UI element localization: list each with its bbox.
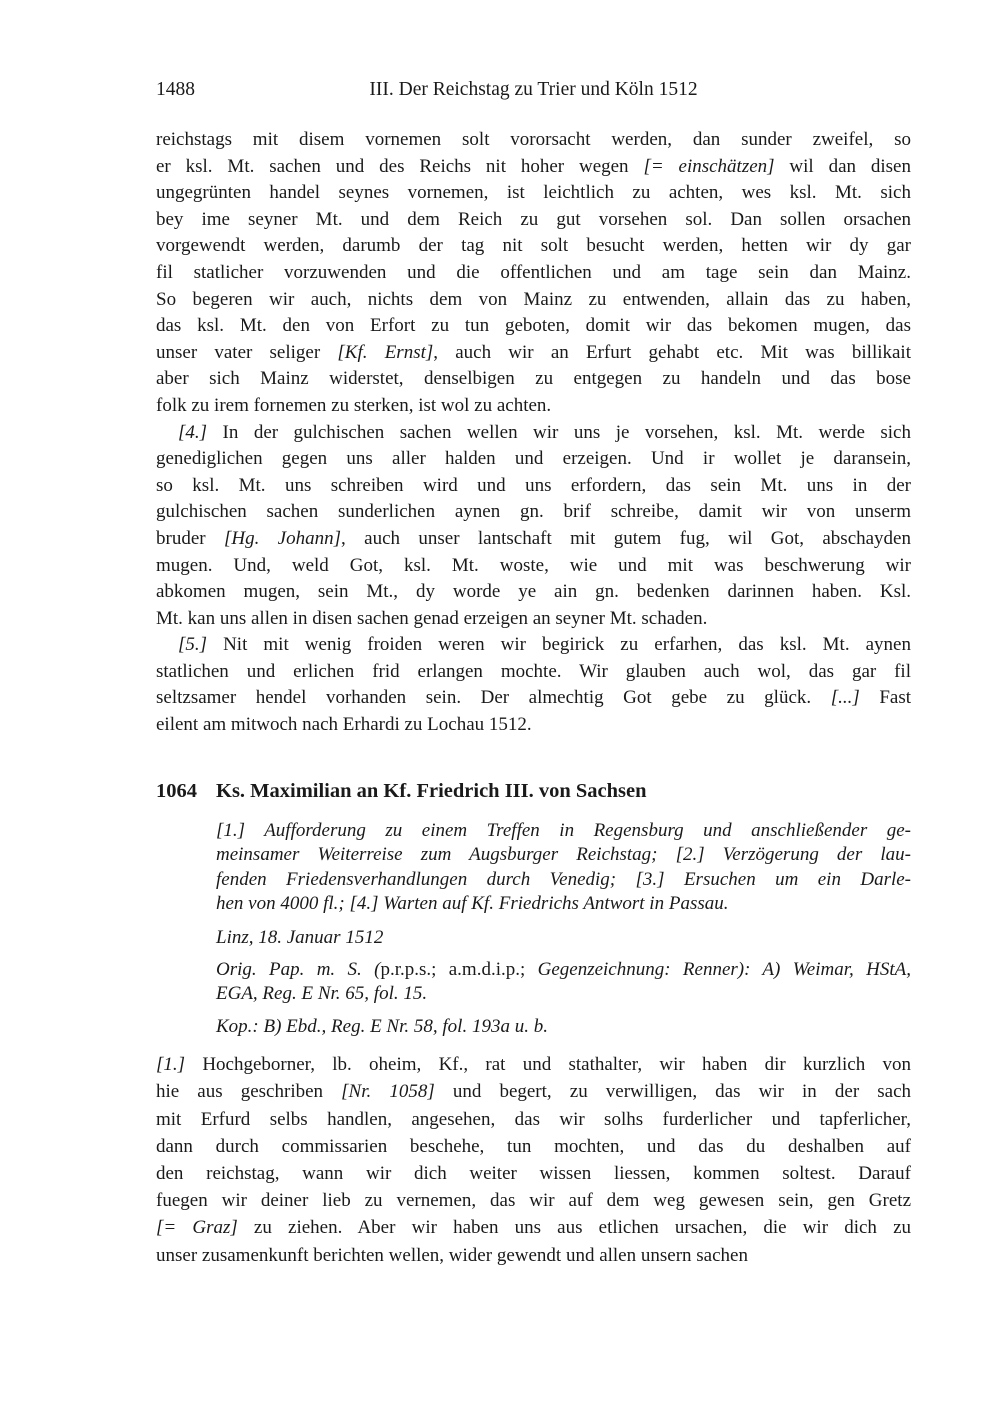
- text-line: unser vater seliger [Kf. Ernst], auch wi…: [156, 340, 911, 367]
- text-line: Kop.: B) Ebd., Reg. E Nr. 58, fol. 193a …: [216, 1015, 911, 1040]
- entry-number: 1064: [156, 778, 216, 805]
- text-line: EGA, Reg. E Nr. 65, fol. 15.: [216, 982, 911, 1007]
- text-line: [1.] Aufforderung zu einem Treffen in Re…: [216, 819, 911, 844]
- text-segment: und begert, zu verwilligen, das wir in d…: [435, 1081, 911, 1102]
- text-segment: gulchischen sachen sunderlichen aynen gn…: [156, 501, 911, 522]
- text-segment: Fast: [860, 687, 911, 708]
- italic-text: [...]: [831, 687, 860, 708]
- text-line: [= Graz] zu ziehen. Aber wir haben uns a…: [156, 1214, 911, 1241]
- text-line: unser zusamenkunft berichten wellen, wid…: [156, 1242, 911, 1269]
- text-segment: hie aus geschriben: [156, 1081, 341, 1102]
- text-segment: meinsamer Weiterreise zum Augsburger Rei…: [216, 844, 911, 865]
- text-segment: das ksl. Mt. den von Erfort zu tun gebot…: [156, 315, 911, 336]
- text-segment: eilent am mitwoch nach Erhardi zu Lochau…: [156, 714, 532, 735]
- text-segment: wil dan disen: [775, 156, 911, 177]
- text-line: So begeren wir auch, nichts dem von Main…: [156, 287, 911, 314]
- text-line: abkomen mugen, sein Mt., dy worde ye ain…: [156, 579, 911, 606]
- roman-text: p.r.p.s.; a.m.d.i.p.;: [380, 959, 525, 980]
- text-line: hie aus geschriben [Nr. 1058] und begert…: [156, 1078, 911, 1105]
- paragraph: Orig. Pap. m. S. (p.r.p.s.; a.m.d.i.p.; …: [216, 958, 911, 1007]
- text-segment: ungegrünten handel seynes vornemen, ist …: [156, 182, 911, 203]
- text-segment: bruder: [156, 528, 224, 549]
- paragraph: [1.] Hochgeborner, lb. oheim, Kf., rat u…: [156, 1051, 911, 1269]
- text-segment: vorgewendt werden, darumb der tag nit so…: [156, 235, 911, 256]
- text-line: folk zu irem fornemen zu sterken, ist wo…: [156, 393, 911, 420]
- entry-dateline: Linz, 18. Januar 1512: [216, 926, 911, 950]
- text-segment: Hochgeborner, lb. oheim, Kf., rat und st…: [185, 1054, 911, 1075]
- entry-title: Ks. Maximilian an Kf. Friedrich III. von…: [216, 778, 647, 805]
- text-segment: den reichstag, wann wir dich weiter wiss…: [156, 1163, 911, 1184]
- text-segment: zu ziehen. Aber wir haben uns aus etlich…: [238, 1217, 911, 1238]
- text-line: meinsamer Weiterreise zum Augsburger Rei…: [216, 843, 911, 868]
- entry-body: [1.] Hochgeborner, lb. oheim, Kf., rat u…: [156, 1051, 911, 1269]
- text-line: dann durch commissarien beschehe, tun mo…: [156, 1133, 911, 1160]
- text-segment: so ksl. Mt. uns schreiben wird und uns e…: [156, 475, 911, 496]
- text-line: [1.] Hochgeborner, lb. oheim, Kf., rat u…: [156, 1051, 911, 1078]
- text-line: Mt. kan uns allen in disen sachen genad …: [156, 606, 911, 633]
- italic-text: [= einschätzen]: [643, 156, 774, 177]
- text-line: fenden Friedensverhandlungen durch Vened…: [216, 868, 911, 893]
- text-segment: , auch unser lantschaft mit gutem fug, w…: [341, 528, 911, 549]
- text-segment: fenden Friedensverhandlungen durch Vened…: [216, 869, 911, 890]
- text-segment: fuegen wir deiner lieb zu vernemen, das …: [156, 1190, 911, 1211]
- text-line: fuegen wir deiner lieb zu vernemen, das …: [156, 1187, 911, 1214]
- text-segment: unser zusamenkunft berichten wellen, wid…: [156, 1245, 748, 1266]
- text-line: eilent am mitwoch nach Erhardi zu Lochau…: [156, 712, 911, 739]
- letter-continuation: reichstags mit disem vornemen solt voror…: [156, 127, 911, 739]
- text-line: den reichstag, wann wir dich weiter wiss…: [156, 1160, 911, 1187]
- text-line: genediglichen gegen uns aller halden und…: [156, 446, 911, 473]
- entry-source-orig: Orig. Pap. m. S. (p.r.p.s.; a.m.d.i.p.; …: [216, 958, 911, 1007]
- text-segment: [1.] Aufforderung zu einem Treffen in Re…: [216, 820, 911, 841]
- italic-text: [5.]: [178, 634, 207, 655]
- text-line: mugen. Und, weld Got, ksl. Mt. woste, wi…: [156, 553, 911, 580]
- text-line: gulchischen sachen sunderlichen aynen gn…: [156, 499, 911, 526]
- italic-text: [1.]: [156, 1054, 185, 1075]
- text-line: statlichen und erlichen frid erlangen mo…: [156, 659, 911, 686]
- text-segment: EGA, Reg. E Nr. 65, fol. 15.: [216, 983, 427, 1004]
- italic-text: [Kf. Ernst]: [337, 342, 433, 363]
- text-segment: unser vater seliger: [156, 342, 337, 363]
- text-segment: , auch wir an Erfurt gehabt etc. Mit was…: [433, 342, 911, 363]
- text-line: hen von 4000 fl.; [4.] Warten auf Kf. Fr…: [216, 892, 911, 917]
- text-line: er ksl. Mt. sachen und des Reichs nit ho…: [156, 154, 911, 181]
- text-segment: bey ime seyner Mt. und dem Reich zu gut …: [156, 209, 911, 230]
- text-segment: Nit mit wenig froiden weren wir begirick…: [207, 634, 911, 655]
- text-segment: Orig. Pap. m. S. (: [216, 959, 380, 980]
- text-segment: hen von 4000 fl.; [4.] Warten auf Kf. Fr…: [216, 893, 728, 914]
- text-line: so ksl. Mt. uns schreiben wird und uns e…: [156, 473, 911, 500]
- paragraph: [1.] Aufforderung zu einem Treffen in Re…: [216, 819, 911, 917]
- text-line: aber sich Mainz widerstet, denselbigen z…: [156, 366, 911, 393]
- italic-text: [Hg. Johann]: [224, 528, 341, 549]
- entry-regest: [1.] Aufforderung zu einem Treffen in Re…: [216, 819, 911, 917]
- text-line: bruder [Hg. Johann], auch unser lantscha…: [156, 526, 911, 553]
- text-line: das ksl. Mt. den von Erfort zu tun gebot…: [156, 313, 911, 340]
- text-line: ungegrünten handel seynes vornemen, ist …: [156, 180, 911, 207]
- paragraph: [5.] Nit mit wenig froiden weren wir beg…: [156, 632, 911, 738]
- text-line: mit Erfurd selbs handlen, angesehen, das…: [156, 1106, 911, 1133]
- italic-text: [= Graz]: [156, 1217, 238, 1238]
- text-line: fil statlicher vorzuwenden und die offen…: [156, 260, 911, 287]
- text-segment: dann durch commissarien beschehe, tun mo…: [156, 1136, 911, 1157]
- text-line: [5.] Nit mit wenig froiden weren wir beg…: [156, 632, 911, 659]
- text-line: reichstags mit disem vornemen solt voror…: [156, 127, 911, 154]
- text-segment: mugen. Und, weld Got, ksl. Mt. woste, wi…: [156, 555, 911, 576]
- entry-heading: 1064 Ks. Maximilian an Kf. Friedrich III…: [156, 778, 911, 805]
- page-header: 1488 III. Der Reichstag zu Trier und Köl…: [156, 76, 911, 103]
- text-segment: aber sich Mainz widerstet, denselbigen z…: [156, 368, 911, 389]
- text-segment: statlichen und erlichen frid erlangen mo…: [156, 661, 911, 682]
- running-head: III. Der Reichstag zu Trier und Köln 151…: [156, 76, 911, 103]
- page-number: 1488: [156, 76, 195, 103]
- text-line: [4.] In der gulchischen sachen wellen wi…: [156, 420, 911, 447]
- text-segment: reichstags mit disem vornemen solt voror…: [156, 129, 911, 150]
- text-segment: In der gulchischen sachen wellen wir uns…: [207, 422, 911, 443]
- book-page: 1488 III. Der Reichstag zu Trier und Köl…: [0, 0, 1004, 1418]
- text-segment: So begeren wir auch, nichts dem von Main…: [156, 289, 911, 310]
- paragraph: [4.] In der gulchischen sachen wellen wi…: [156, 420, 911, 633]
- text-segment: seltzsamer hendel vorhanden sein. Der al…: [156, 687, 831, 708]
- text-segment: folk zu irem fornemen zu sterken, ist wo…: [156, 395, 551, 416]
- text-line: bey ime seyner Mt. und dem Reich zu gut …: [156, 207, 911, 234]
- text-line: seltzsamer hendel vorhanden sein. Der al…: [156, 685, 911, 712]
- text-line: vorgewendt werden, darumb der tag nit so…: [156, 233, 911, 260]
- text-segment: mit Erfurd selbs handlen, angesehen, das…: [156, 1109, 911, 1130]
- text-line: Orig. Pap. m. S. (p.r.p.s.; a.m.d.i.p.; …: [216, 958, 911, 983]
- text-segment: abkomen mugen, sein Mt., dy worde ye ain…: [156, 581, 911, 602]
- italic-text: [4.]: [178, 422, 207, 443]
- text-segment: Mt. kan uns allen in disen sachen genad …: [156, 608, 707, 629]
- text-segment: er ksl. Mt. sachen und des Reichs nit ho…: [156, 156, 643, 177]
- text-segment: fil statlicher vorzuwenden und die offen…: [156, 262, 911, 283]
- text-segment: genediglichen gegen uns aller halden und…: [156, 448, 911, 469]
- entry-source-kop: Kop.: B) Ebd., Reg. E Nr. 58, fol. 193a …: [216, 1015, 911, 1040]
- italic-text: [Nr. 1058]: [341, 1081, 435, 1102]
- paragraph: reichstags mit disem vornemen solt voror…: [156, 127, 911, 420]
- text-segment: Gegenzeichnung: Renner): A) Weimar, HStA…: [525, 959, 911, 980]
